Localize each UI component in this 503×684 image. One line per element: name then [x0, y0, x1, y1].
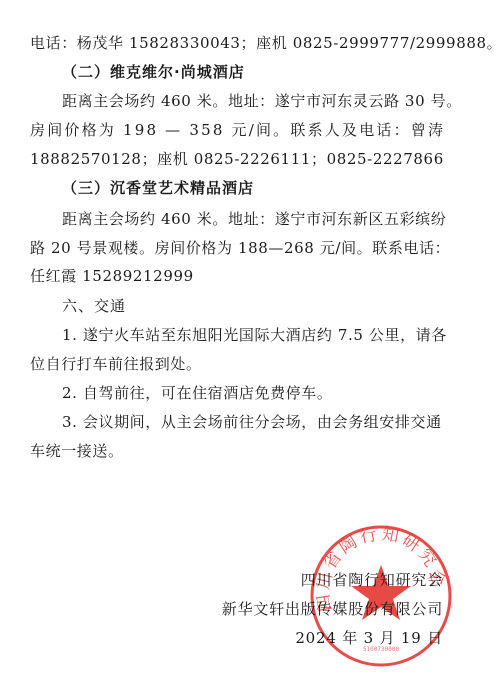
- section-heading-weikeweier-hotel: （二）维克维尔·尚城酒店: [62, 62, 245, 82]
- section-heading-chenxiangtang-hotel: （三）沉香堂艺术精品酒店: [62, 178, 254, 198]
- signature-org-1: 四川省陶行知研究会: [301, 570, 443, 590]
- hotel-3-address-price: 路 20 号景观楼。房间价格为 188—268 元/间。联系电话：: [30, 238, 450, 258]
- transport-item-3: 3. 会议期间，从主会场前往分会场，由会务组安排交通: [62, 412, 442, 432]
- hotel-2-distance-address: 距离主会场约 460 米。地址：遂宁市河东灵云路 30 号。: [62, 91, 462, 111]
- transport-item-3-cont: 车统一接送。: [30, 441, 124, 461]
- transport-item-1-cont: 位自行打车前往报到处。: [30, 354, 202, 374]
- hotel-3-distance-address: 距离主会场约 460 米。地址：遂宁市河东新区五彩缤纷: [62, 209, 446, 229]
- hotel-2-phones: 18882570128；座机 0825-2226111；0825-2227866: [30, 149, 444, 169]
- section-heading-transport: 六、交通: [62, 296, 126, 316]
- hotel-3-contact: 任红霞 15289212999: [30, 266, 194, 286]
- transport-item-1: 1. 遂宁火车站至东旭阳光国际大酒店约 7.5 公里，请各: [62, 325, 447, 345]
- signature-date: 2024 年 3 月 19 日: [295, 628, 443, 648]
- signature-org-2: 新华文轩出版传媒股份有限公司: [222, 599, 443, 619]
- contact-line-previous-hotel: 电话：杨茂华 15828330043；座机 0825-2999777/29998…: [30, 33, 502, 53]
- transport-item-2: 2. 自驾前往，可在住宿酒店免费停车。: [62, 383, 332, 403]
- hotel-2-price-contact: 房间价格为 198 — 358 元/间。联系人及电话：曾涛: [30, 120, 445, 140]
